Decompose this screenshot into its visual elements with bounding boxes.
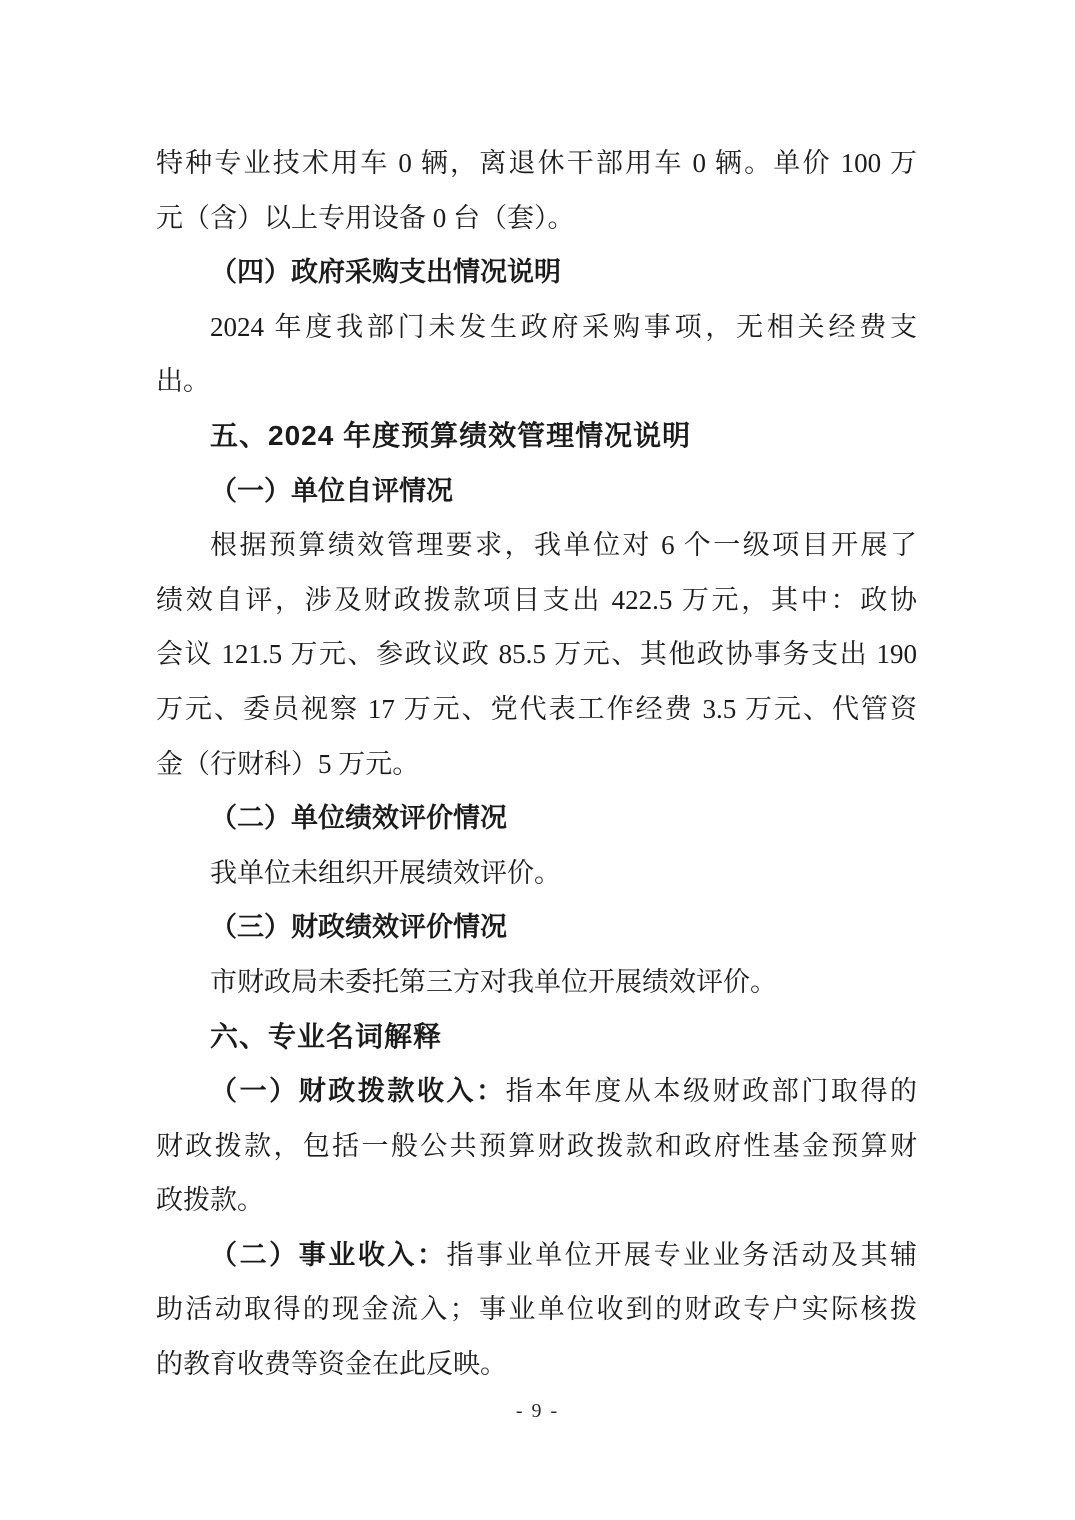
line-text: 指事业单位开展专业业务活动及其辅 xyxy=(447,1240,917,1270)
line-text: （二）单位绩效评价情况 xyxy=(210,803,507,833)
section-heading-line: 五、2024 年度预算绩效管理情况说明 xyxy=(156,409,917,464)
text-line: 金（行财科）5 万元。 xyxy=(156,737,917,792)
term-label: （二）事业收入： xyxy=(210,1240,447,1270)
section-heading-line: 六、专业名词解释 xyxy=(156,1010,917,1065)
line-text: 的教育收费等资金在此反映。 xyxy=(156,1349,507,1379)
text-line: 政拨款。 xyxy=(156,1173,917,1228)
line-text: 五、2024 年度预算绩效管理情况说明 xyxy=(210,420,691,451)
text-line: 特种专业技术用车 0 辆，离退休干部用车 0 辆。单价 100 万 xyxy=(156,136,917,191)
text-line: （一）财政拨款收入：指本年度从本级财政部门取得的 xyxy=(156,1064,917,1119)
line-text: （一）单位自评情况 xyxy=(210,476,453,506)
subsection-heading-line: （一）单位自评情况 xyxy=(156,464,917,519)
line-text: 六、专业名词解释 xyxy=(210,1021,442,1052)
line-text: 市财政局未委托第三方对我单位开展绩效评价。 xyxy=(210,967,777,997)
text-line: 财政拨款，包括一般公共预算财政拨款和政府性基金预算财 xyxy=(156,1119,917,1174)
line-text: 根据预算绩效管理要求，我单位对 6 个一级项目开展了 xyxy=(210,530,917,560)
text-line: 根据预算绩效管理要求，我单位对 6 个一级项目开展了 xyxy=(156,518,917,573)
line-text: 指本年度从本级财政部门取得的 xyxy=(506,1076,917,1106)
line-text: 财政拨款，包括一般公共预算财政拨款和政府性基金预算财 xyxy=(156,1131,917,1161)
text-line: 元（含）以上专用设备 0 台（套）。 xyxy=(156,191,917,246)
line-text: 出。 xyxy=(156,366,210,396)
line-text: 2024 年度我部门未发生政府采购事项，无相关经费支 xyxy=(210,312,917,342)
line-text: 万元、委员视察 17 万元、党代表工作经费 3.5 万元、代管资 xyxy=(156,694,917,724)
line-text: 绩效自评，涉及财政拨款项目支出 422.5 万元，其中：政协 xyxy=(156,585,917,615)
line-text: 我单位未组织开展绩效评价。 xyxy=(210,858,561,888)
line-text: 特种专业技术用车 0 辆，离退休干部用车 0 辆。单价 100 万 xyxy=(156,148,917,178)
document-body: 特种专业技术用车 0 辆，离退休干部用车 0 辆。单价 100 万元（含）以上专… xyxy=(156,136,917,1392)
subsection-heading-line: （四）政府采购支出情况说明 xyxy=(156,245,917,300)
term-label: （一）财政拨款收入： xyxy=(210,1076,506,1106)
text-line: 万元、委员视察 17 万元、党代表工作经费 3.5 万元、代管资 xyxy=(156,682,917,737)
text-line: （二）事业收入：指事业单位开展专业业务活动及其辅 xyxy=(156,1228,917,1283)
document-page: 特种专业技术用车 0 辆，离退休干部用车 0 辆。单价 100 万元（含）以上专… xyxy=(0,0,1075,1520)
text-line: 出。 xyxy=(156,354,917,409)
text-line: 会议 121.5 万元、参政议政 85.5 万元、其他政协事务支出 190 xyxy=(156,627,917,682)
line-text: 会议 121.5 万元、参政议政 85.5 万元、其他政协事务支出 190 xyxy=(156,639,917,669)
subsection-heading-line: （二）单位绩效评价情况 xyxy=(156,791,917,846)
text-line: 的教育收费等资金在此反映。 xyxy=(156,1337,917,1392)
text-line: 助活动取得的现金流入；事业单位收到的财政专户实际核拨 xyxy=(156,1282,917,1337)
page-number: - 9 - xyxy=(516,1400,559,1422)
line-text: （三）财政绩效评价情况 xyxy=(210,912,507,942)
text-line: 我单位未组织开展绩效评价。 xyxy=(156,846,917,901)
line-text: 助活动取得的现金流入；事业单位收到的财政专户实际核拨 xyxy=(156,1294,917,1324)
text-line: 2024 年度我部门未发生政府采购事项，无相关经费支 xyxy=(156,300,917,355)
line-text: 金（行财科）5 万元。 xyxy=(156,749,419,779)
line-text: （四）政府采购支出情况说明 xyxy=(210,257,561,287)
text-line: 绩效自评，涉及财政拨款项目支出 422.5 万元，其中：政协 xyxy=(156,573,917,628)
page-footer: - 9 - xyxy=(0,1400,1075,1423)
line-text: 政拨款。 xyxy=(156,1185,264,1215)
line-text: 元（含）以上专用设备 0 台（套）。 xyxy=(156,203,575,233)
subsection-heading-line: （三）财政绩效评价情况 xyxy=(156,900,917,955)
text-line: 市财政局未委托第三方对我单位开展绩效评价。 xyxy=(156,955,917,1010)
